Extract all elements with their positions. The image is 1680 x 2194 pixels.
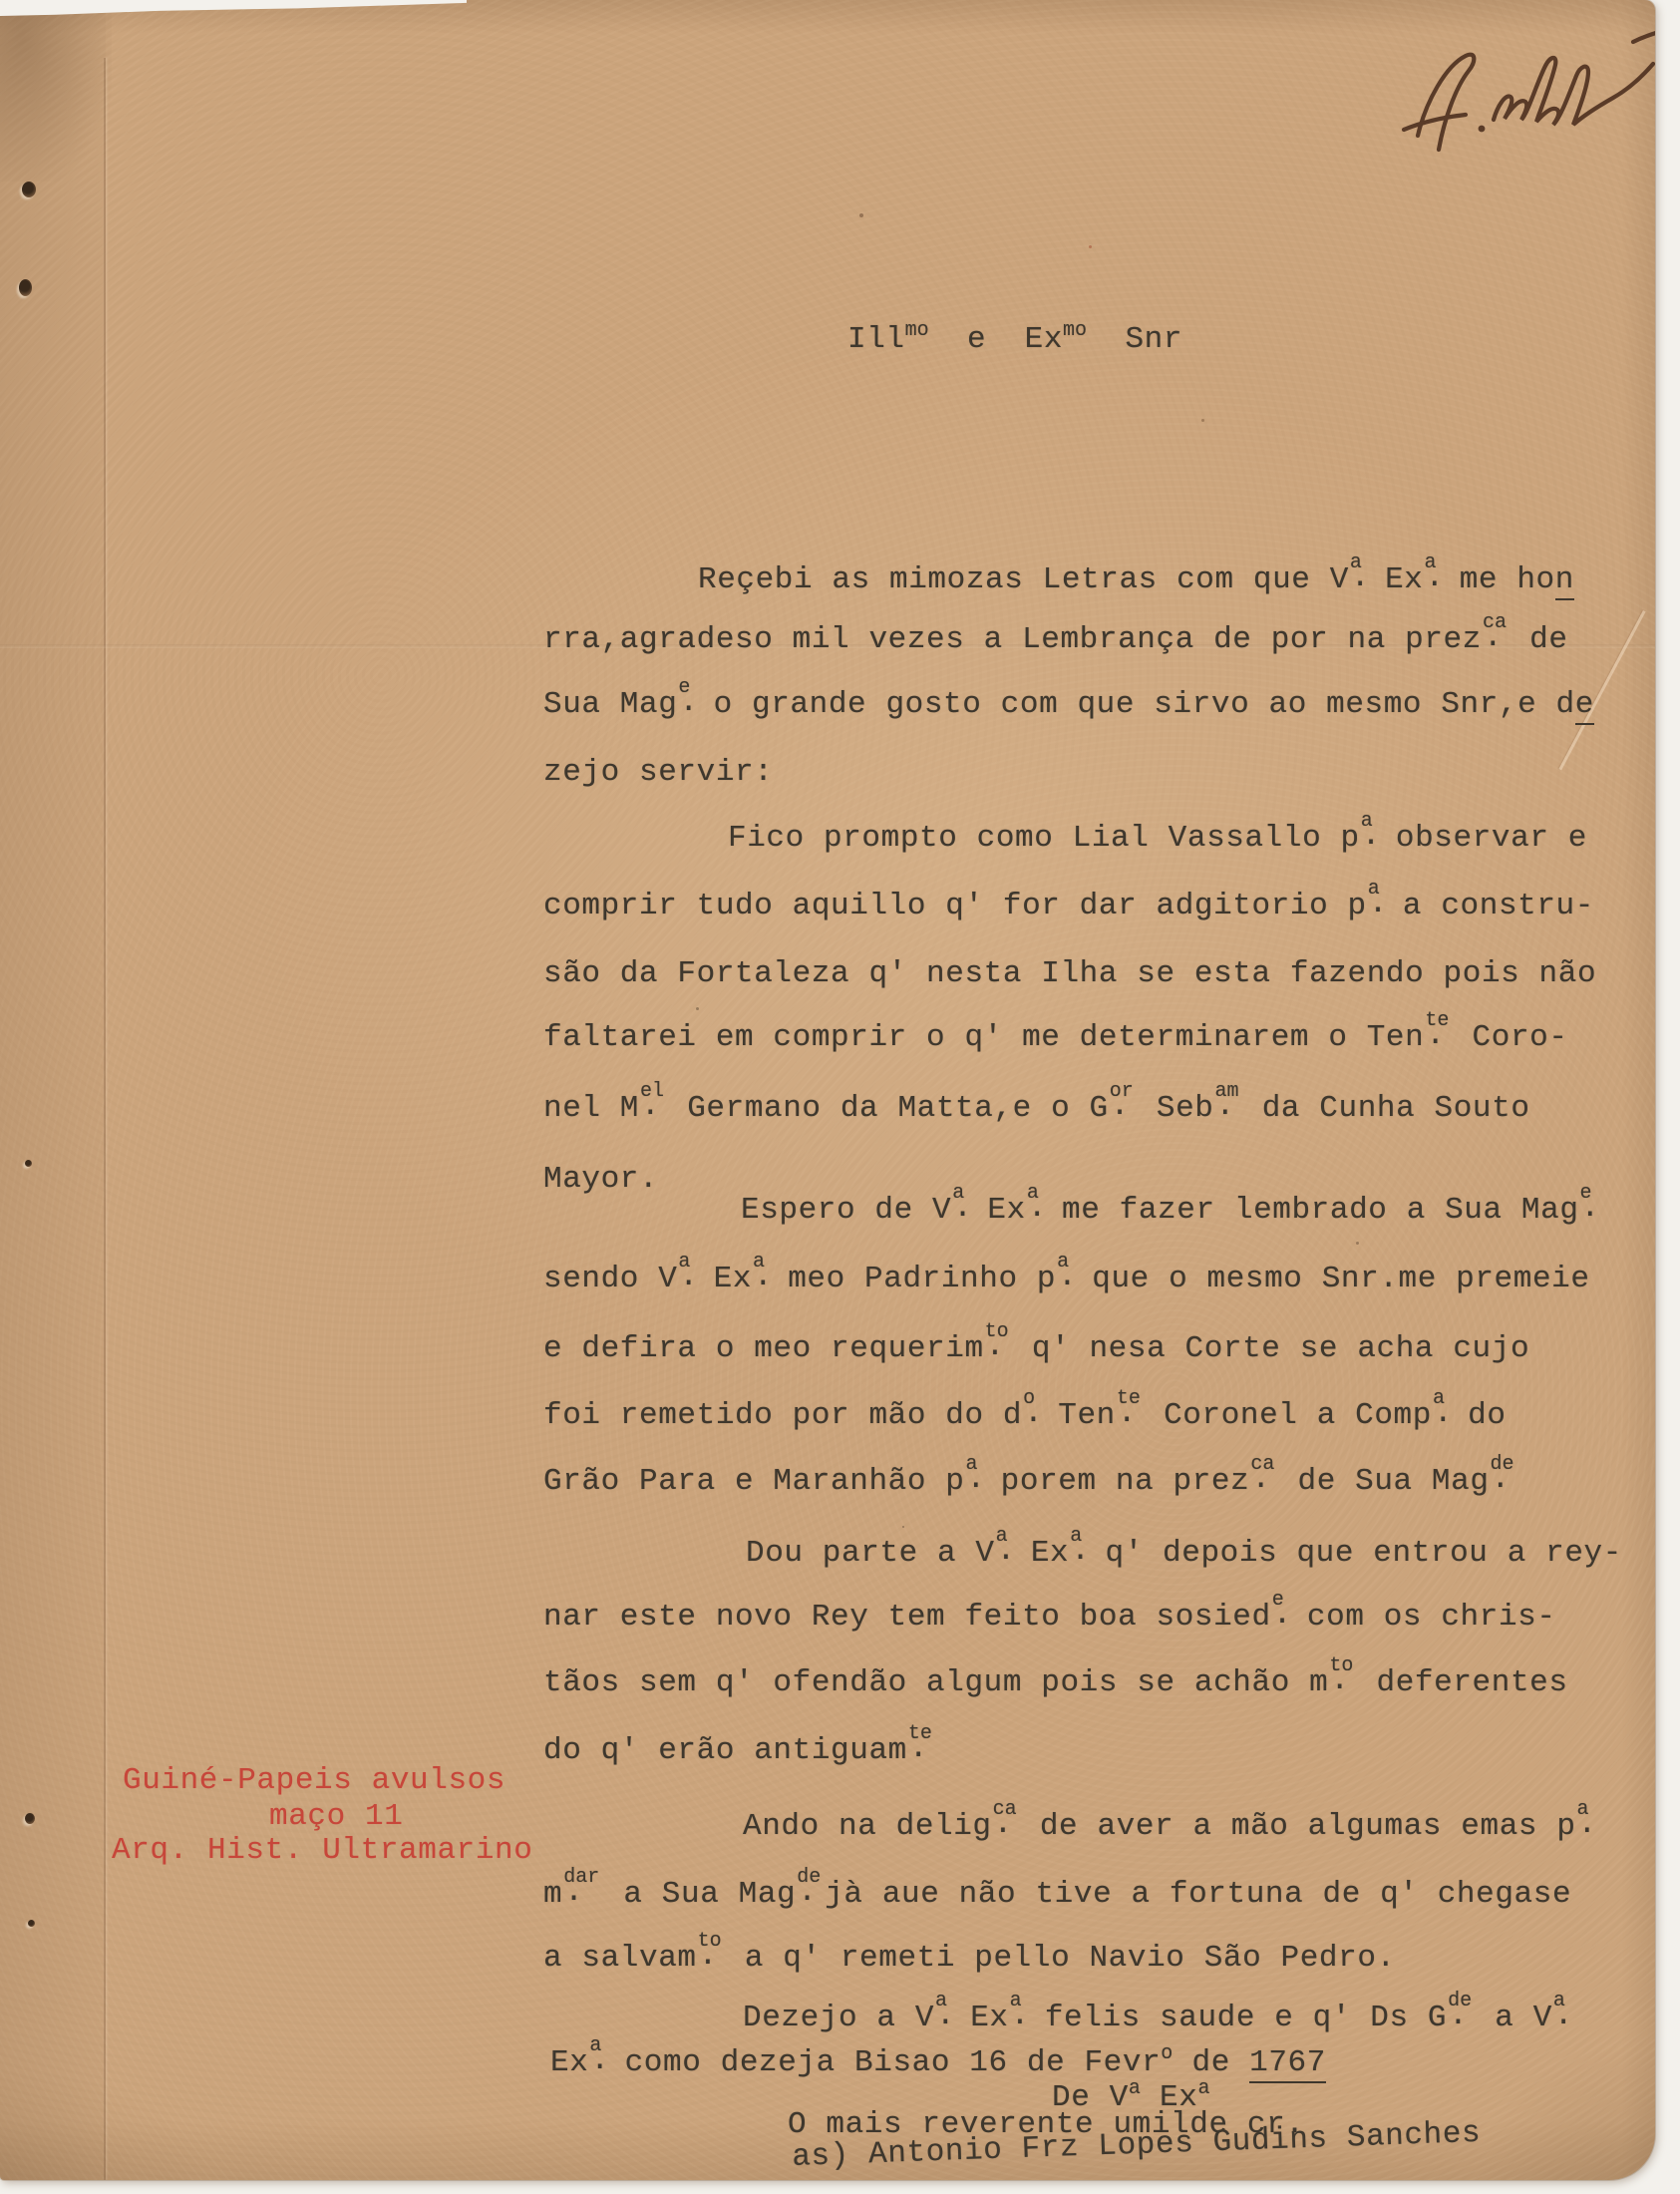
- superscript-abbreviation: a.: [1069, 1560, 1086, 1561]
- punch-hole: [25, 1160, 32, 1167]
- abbreviation-period: .: [986, 1331, 1005, 1362]
- superscript-abbreviation: a.: [964, 1488, 981, 1489]
- underlined-text: n: [1555, 562, 1574, 600]
- superscript-abbreviation: a.: [1576, 1833, 1593, 1834]
- superscript-abbreviation: a.: [1026, 1217, 1043, 1218]
- superscript-abbreviation: mo: [905, 319, 929, 342]
- typewritten-line: nar este novo Rey tem feito boa sosiede.…: [543, 1600, 1556, 1636]
- scan-background: Illmo e Exmo Snr Reçebi as mimozas Letra…: [0, 0, 1680, 2194]
- archive-stamp-line: Guiné-Papeis avulsos: [123, 1763, 505, 1799]
- superscript-abbreviation: ca.: [992, 1833, 1021, 1834]
- abbreviation-period: .: [1426, 562, 1445, 593]
- underlined-text: e: [1575, 687, 1594, 725]
- abbreviation-period: .: [590, 2045, 609, 2076]
- abbreviation-period: .: [1554, 2001, 1573, 2031]
- superscript-abbreviation: a.: [588, 2069, 605, 2070]
- superscript-abbreviation: o.: [1022, 1422, 1039, 1423]
- typewritten-line: rra,agradeso mil vezes a Lembrança de po…: [543, 622, 1568, 658]
- signature-dot: [1479, 126, 1486, 133]
- typewritten-line: Espero de Va. Exa. me fazer lembrado a S…: [741, 1193, 1596, 1229]
- superscript-abbreviation: ca.: [1249, 1488, 1278, 1489]
- abbreviation-period: .: [966, 1464, 985, 1495]
- letter-paper: Illmo e Exmo Snr Reçebi as mimozas Letra…: [0, 0, 1655, 2180]
- abbreviation-period: .: [1273, 1600, 1292, 1631]
- abbreviation-period: .: [699, 1941, 718, 1972]
- superscript-abbreviation: el.: [639, 1115, 668, 1116]
- typewritten-line: são da Fortaleza q' nesta Ilha se esta f…: [543, 956, 1596, 992]
- superscript-abbreviation: a.: [934, 2024, 951, 2025]
- underlined-text: 1767: [1249, 2045, 1326, 2083]
- signature-flourish: [1633, 30, 1655, 42]
- abbreviation-period: .: [754, 1262, 773, 1292]
- typewritten-line: Dezejo a Va. Exa. felis saude e q' Ds Gd…: [743, 2001, 1569, 2036]
- paper-speck: [859, 213, 863, 217]
- signature-stroke: [1494, 58, 1653, 125]
- left-fold-crease: [104, 58, 106, 2180]
- superscript-abbreviation: am.: [1214, 1115, 1243, 1116]
- abbreviation-period: .: [1484, 622, 1503, 653]
- signature-stroke: [1404, 115, 1466, 130]
- typewritten-line: do q' erão antiguamte.: [543, 1733, 936, 1769]
- abbreviation-period: .: [1251, 1464, 1270, 1495]
- abbreviation-period: .: [1362, 821, 1381, 852]
- superscript-abbreviation: or.: [1109, 1115, 1138, 1116]
- typewritten-line: Reçebi as mimozas Letras com que Va. Exa…: [698, 562, 1574, 598]
- superscript-abbreviation: o: [1161, 2042, 1173, 2065]
- abbreviation-period: .: [1216, 1091, 1235, 1122]
- abbreviation-period: .: [1011, 2001, 1030, 2031]
- superscript-abbreviation: mo: [1063, 319, 1087, 342]
- superscript-abbreviation: dar.: [562, 1901, 604, 1902]
- superscript-abbreviation: a.: [1432, 1422, 1449, 1423]
- handwritten-initials-annotation: [1388, 26, 1655, 166]
- typewritten-line: Grão Para e Maranhão pa. porem na prezca…: [543, 1464, 1518, 1500]
- abbreviation-period: .: [1058, 1262, 1077, 1292]
- abbreviation-period: .: [1581, 1193, 1600, 1224]
- typewritten-line: tãos sem q' ofendão algum pois se achão …: [543, 1665, 1568, 1701]
- superscript-abbreviation: a: [1129, 2077, 1141, 2100]
- punch-hole: [19, 279, 32, 296]
- typewritten-line: mdar. a Sua Magde.jà aue não tive a fort…: [543, 1877, 1571, 1913]
- abbreviation-period: .: [997, 1536, 1016, 1567]
- abbreviation-period: .: [1071, 1536, 1090, 1567]
- typewritten-line: faltarei em comprir o q' me determinarem…: [543, 1020, 1568, 1056]
- superscript-abbreviation: te.: [1116, 1422, 1145, 1423]
- abbreviation-period: .: [1330, 1665, 1349, 1696]
- superscript-abbreviation: a.: [1009, 2024, 1026, 2025]
- superscript-abbreviation: a.: [995, 1560, 1012, 1561]
- abbreviation-period: .: [798, 1877, 817, 1908]
- paper-speck: [1201, 419, 1204, 422]
- typewritten-line: Sua Mage. o grande gosto com que sirvo a…: [543, 687, 1594, 723]
- typewritten-line: Dou parte a Va. Exa. q' depois que entro…: [746, 1536, 1622, 1572]
- superscript-abbreviation: de.: [796, 1901, 825, 1902]
- abbreviation-period: .: [1111, 1091, 1130, 1122]
- abbreviation-period: .: [641, 1091, 660, 1122]
- typewritten-line: sendo Va. Exa. meo Padrinho pa. que o me…: [543, 1262, 1590, 1297]
- typewritten-line: zejo servir:: [543, 755, 773, 791]
- superscript-abbreviation: to.: [1328, 1689, 1357, 1690]
- typewritten-line: e defira o meo requerimto. q' nesa Corte…: [543, 1331, 1529, 1367]
- typewritten-line: comprir tudo aquillo q' for dar adgitori…: [543, 889, 1594, 924]
- typewritten-line: Ando na deligca. de aver a mão algumas e…: [743, 1809, 1593, 1845]
- superscript-abbreviation: te.: [1424, 1044, 1453, 1045]
- superscript-abbreviation: a: [1197, 2077, 1209, 2100]
- superscript-abbreviation: a.: [1056, 1285, 1073, 1286]
- archive-stamp-line: Arq. Hist. Ultramarino: [112, 1833, 532, 1869]
- superscript-abbreviation: a.: [1424, 586, 1441, 587]
- superscript-abbreviation: de.: [1490, 1488, 1518, 1489]
- abbreviation-period: .: [1578, 1809, 1597, 1840]
- abbreviation-period: .: [679, 687, 698, 718]
- abbreviation-period: .: [909, 1733, 928, 1764]
- superscript-abbreviation: a.: [677, 1285, 694, 1286]
- archive-stamp-line: maço 11: [269, 1799, 403, 1835]
- abbreviation-period: .: [1028, 1193, 1047, 1224]
- top-left-shadow: [0, 0, 112, 182]
- paper-speck: [696, 1007, 699, 1010]
- abbreviation-period: .: [1024, 1398, 1043, 1429]
- punch-hole: [28, 1920, 35, 1927]
- superscript-abbreviation: e.: [677, 711, 694, 712]
- typewritten-line: nel Mel. Germano da Matta,e o Gor. Sebam…: [543, 1091, 1530, 1127]
- punch-hole: [25, 1813, 35, 1824]
- letter-salutation: Illmo e Exmo Snr: [847, 313, 1182, 358]
- superscript-abbreviation: a.: [1349, 586, 1366, 587]
- abbreviation-period: .: [1434, 1398, 1453, 1429]
- abbreviation-period: .: [936, 2001, 955, 2031]
- paper-speck: [1356, 1242, 1359, 1245]
- typewritten-line: foi remetido por mão do do. Tente. Coron…: [543, 1398, 1507, 1434]
- superscript-abbreviation: e.: [1579, 1217, 1596, 1218]
- superscript-abbreviation: to.: [697, 1965, 726, 1966]
- superscript-abbreviation: e.: [1271, 1624, 1288, 1625]
- abbreviation-period: .: [564, 1877, 583, 1908]
- superscript-abbreviation: a.: [1367, 913, 1384, 914]
- signature-stroke: [1418, 55, 1474, 150]
- superscript-abbreviation: a.: [951, 1217, 968, 1218]
- abbreviation-period: .: [1449, 2001, 1468, 2031]
- punch-hole: [22, 182, 36, 197]
- typewritten-line: a salvamto. a q' remeti pello Navio São …: [543, 1941, 1396, 1977]
- superscript-abbreviation: te.: [907, 1757, 936, 1758]
- superscript-abbreviation: a.: [1552, 2024, 1569, 2025]
- superscript-abbreviation: a.: [1360, 845, 1377, 846]
- abbreviation-period: .: [994, 1809, 1013, 1840]
- abbreviation-period: .: [1351, 562, 1370, 593]
- abbreviation-period: .: [1369, 889, 1388, 919]
- abbreviation-period: .: [1492, 1464, 1511, 1495]
- left-fold-shading: [0, 0, 106, 2180]
- abbreviation-period: .: [1118, 1398, 1137, 1429]
- paper-speck: [902, 1526, 904, 1528]
- abbreviation-period: .: [1426, 1020, 1445, 1051]
- paper-speck: [1236, 1900, 1239, 1903]
- superscript-abbreviation: a.: [752, 1285, 769, 1286]
- abbreviation-period: .: [679, 1262, 698, 1292]
- paper-speck: [1089, 245, 1092, 248]
- superscript-abbreviation: ca.: [1482, 646, 1511, 647]
- typewritten-line: Mayor.: [543, 1162, 658, 1198]
- superscript-abbreviation: de.: [1447, 2024, 1476, 2025]
- superscript-abbreviation: to.: [984, 1355, 1013, 1356]
- typewritten-line: Fico prompto como Lial Vassallo pa. obse…: [728, 821, 1587, 857]
- abbreviation-period: .: [953, 1193, 972, 1224]
